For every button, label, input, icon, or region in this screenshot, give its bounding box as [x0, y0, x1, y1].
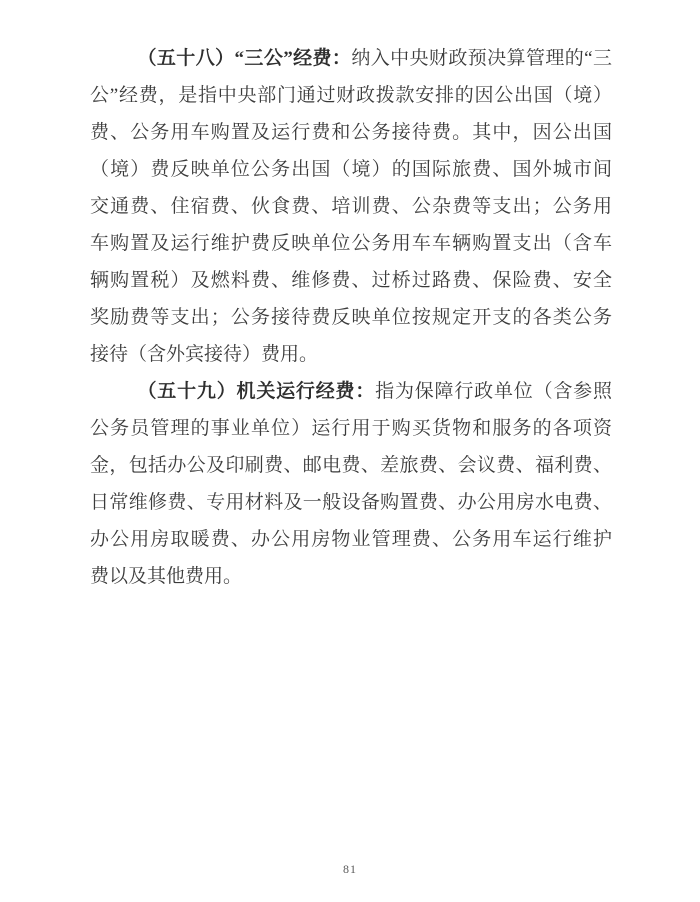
- text-line: 公务员管理的事业单位）运行用于购买货物和服务的各项资: [90, 410, 612, 447]
- text-line: 接待（含外宾接待）费用。: [90, 336, 612, 373]
- paragraph-59: （五十九）机关运行经费：指为保障行政单位（含参照 公务员管理的事业单位）运行用于…: [90, 373, 612, 595]
- text-line: 公”经费，是指中央部门通过财政拨款安排的因公出国（境）: [90, 77, 612, 114]
- text-line: 辆购置税）及燃料费、维修费、过桥过路费、保险费、安全: [90, 262, 612, 299]
- paragraph-58: （五十八）“三公”经费：纳入中央财政预决算管理的“三 公”经费，是指中央部门通过…: [90, 40, 612, 373]
- text-line: 日常维修费、专用材料及一般设备购置费、办公用房水电费、: [90, 484, 612, 521]
- text-line: 费、公务用车购置及运行费和公务接待费。其中，因公出国: [90, 114, 612, 151]
- document-content: （五十八）“三公”经费：纳入中央财政预决算管理的“三 公”经费，是指中央部门通过…: [90, 40, 612, 595]
- text-line: 费以及其他费用。: [90, 558, 612, 595]
- text-line: （境）费反映单位公务出国（境）的国际旅费、国外城市间: [90, 151, 612, 188]
- text-line: 车购置及运行维护费反映单位公务用车车辆购置支出（含车: [90, 225, 612, 262]
- page-number: 81: [0, 862, 700, 877]
- text-line: 金，包括办公及印刷费、邮电费、差旅费、会议费、福利费、: [90, 447, 612, 484]
- text-line: 办公用房取暖费、办公用房物业管理费、公务用车运行维护: [90, 521, 612, 558]
- text-line: 奖励费等支出；公务接待费反映单位按规定开支的各类公务: [90, 299, 612, 336]
- term-heading: （五十九）机关运行经费：: [138, 381, 376, 402]
- text-segment: 纳入中央财政预决算管理的“三: [351, 48, 612, 69]
- text-segment: 指为保障行政单位（含参照: [375, 381, 612, 402]
- text-line: （五十八）“三公”经费：纳入中央财政预决算管理的“三: [90, 40, 612, 77]
- text-line: （五十九）机关运行经费：指为保障行政单位（含参照: [90, 373, 612, 410]
- term-heading: （五十八）“三公”经费：: [138, 48, 352, 69]
- text-line: 交通费、住宿费、伙食费、培训费、公杂费等支出；公务用: [90, 188, 612, 225]
- document-page: （五十八）“三公”经费：纳入中央财政预决算管理的“三 公”经费，是指中央部门通过…: [0, 0, 700, 902]
